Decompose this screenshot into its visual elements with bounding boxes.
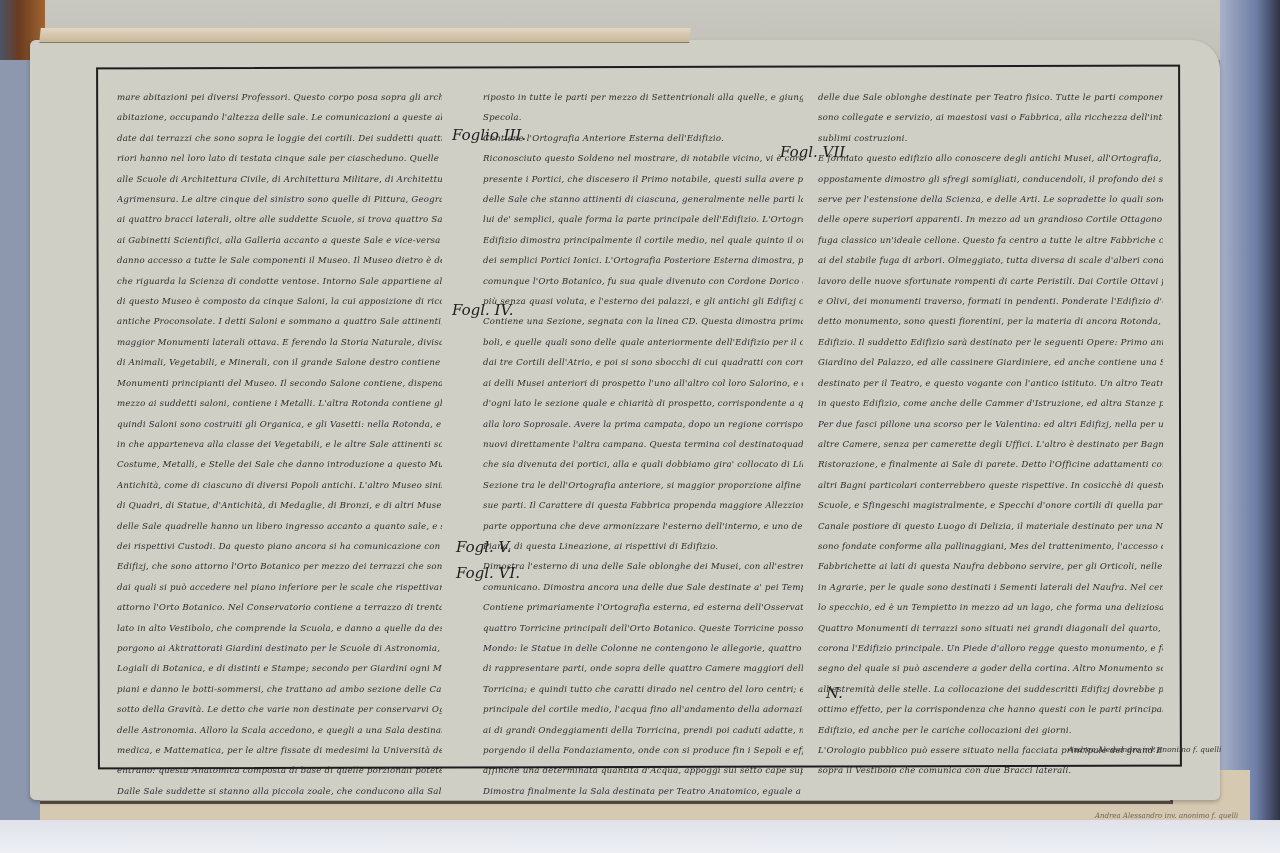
manuscript-line: più senza quasi voluta, e l'esterno dei … <box>483 292 803 312</box>
manuscript-line: Per due fasci pillone una scorso per le … <box>818 415 1163 435</box>
manuscript-line: di rappresentare parti, onde sopra delle… <box>483 659 803 679</box>
manuscript-line: altri Bagni particolari conterrebbero qu… <box>818 476 1163 496</box>
manuscript-line: Monumenti principianti del Museo. Il sec… <box>117 374 442 394</box>
manuscript-line: date dai terrazzi che sono sopra le logg… <box>117 129 442 149</box>
manuscript-line: parte opportuna che deve armonizzare l'e… <box>483 517 803 537</box>
tissue-paper-edge <box>0 820 1280 853</box>
manuscript-line: Mondo: le Statue in delle Colonne ne con… <box>483 639 803 659</box>
manuscript-line: sue parti. Il Carattere di questa Fabbri… <box>483 496 803 516</box>
manuscript-line: quindi Saloni sono costruiti gli Organic… <box>117 415 442 435</box>
margin-label-foglio-iv: Fogl. IV. <box>452 301 513 319</box>
manuscript-line: alle Scuole di Architettura Civile, di A… <box>117 170 442 190</box>
manuscript-line: serve per l'estensione della Scienza, e … <box>818 190 1163 210</box>
manuscript-line: danno accesso a tutte le Sale componenti… <box>117 251 442 271</box>
manuscript-line: mezzo ai suddetti saloni, contiene i Met… <box>117 394 442 414</box>
manuscript-line: Costume, Metalli, e Stelle dei Sale che … <box>117 455 442 475</box>
manuscript-line: e Olivi, dei monumenti traverso, formati… <box>818 292 1163 312</box>
text-column-right: delle due Sale oblonghe destinate per Te… <box>818 88 1163 782</box>
margin-label-foglio-vii: Fogl. VII. <box>780 143 850 161</box>
manuscript-line: Dalle Sale suddette si stanno alla picco… <box>117 782 442 802</box>
manuscript-line: altre Camere, senza per camerette degli … <box>818 435 1163 455</box>
manuscript-line: Fabbrichette ai lati di questa Naufra de… <box>818 557 1163 577</box>
manuscript-line: principale del cortile medio, l'acqua fi… <box>483 700 803 720</box>
manuscript-line: segno del quale si può ascendere a goder… <box>818 659 1163 679</box>
manuscript-line: Edifizj, che sono attorno l'Orto Botanic… <box>117 557 442 577</box>
manuscript-line: di Animali, Vegetabili, e Minerali, con … <box>117 353 442 373</box>
manuscript-line: Torricina; e quindi tutto che caratti di… <box>483 680 803 700</box>
manuscript-line: dei semplici Portici Ionici. L'Ortografi… <box>483 251 803 271</box>
manuscript-line: in Agrarie, per le quale sono destinati … <box>818 578 1163 598</box>
margin-label-nota: N. <box>826 684 843 702</box>
manuscript-line: medica, e Mattematica, per le altre fiss… <box>117 741 442 761</box>
manuscript-line: in questo Edifizio, come anche delle Cam… <box>818 394 1163 414</box>
manuscript-line: Giardino del Palazzo, ed alle cassinere … <box>818 353 1163 373</box>
manuscript-line: Riconosciuto questo Soldeno nel mostrare… <box>483 149 803 169</box>
curled-top-edge <box>39 28 691 43</box>
margin-label-foglio-iii: Foglio III. <box>452 126 526 144</box>
text-column-left: mare abitazioni pei diversi Professori. … <box>117 88 442 802</box>
manuscript-line: dai tre Cortili dell'Atrio, e poi si son… <box>483 353 803 373</box>
text-column-middle: riposto in tutte le parti per mezzo di S… <box>483 88 803 802</box>
manuscript-line: d'ogni lato le sezione quale e chiarità … <box>483 394 803 414</box>
manuscript-line: Agrimensura. Le altre cinque del sinistr… <box>117 190 442 210</box>
manuscript-line: Antichità, come di ciascuno di diversi P… <box>117 476 442 496</box>
manuscript-line: delle due Sale oblonghe destinate per Te… <box>818 88 1163 108</box>
manuscript-line: boli, e quelle quali sono delle quale an… <box>483 333 803 353</box>
manuscript-line: mare abitazioni pei diversi Professori. … <box>117 88 442 108</box>
manuscript-line: lavoro delle nuove sfortunate rompenti d… <box>818 272 1163 292</box>
manuscript-line: nuovi direttamente l'altra campana. Ques… <box>483 435 803 455</box>
manuscript-line: Scuole, e Sfingeschi magistralmente, e S… <box>818 496 1163 516</box>
manuscript-line: ai Gabinetti Scientifici, alla Galleria … <box>117 231 442 251</box>
manuscript-line: Piana, di questa Lineazione, ai rispetti… <box>483 537 803 557</box>
manuscript-line: fuga classico un'ideale cellone. Questo … <box>818 231 1163 251</box>
background-blue-cloth <box>1220 0 1280 853</box>
manuscript-line: in che apparteneva alla classe dei Veget… <box>117 435 442 455</box>
manuscript-line: antiche Proconsolate. I detti Saloni e s… <box>117 312 442 332</box>
manuscript-line: Contiene l'Ortografia Anteriore Esterna … <box>483 129 803 149</box>
manuscript-line: delle Astronomia. Alloro la Scala accedo… <box>117 721 442 741</box>
manuscript-line: Contiene una Sezione, segnata con la lin… <box>483 312 803 332</box>
manuscript-line: ai di grandi Ondeggiamenti della Torrici… <box>483 721 803 741</box>
manuscript-line: ottimo effetto, per la corrispondenza ch… <box>818 700 1163 720</box>
manuscript-line: ai quattro bracci laterali, oltre alle s… <box>117 210 442 230</box>
manuscript-line: sotto della Gravità. Le detto che varie … <box>117 700 442 720</box>
manuscript-line: di Quadri, di Statue, d'Antichità, di Me… <box>117 496 442 516</box>
margin-label-foglio-v: Fogl. V. <box>456 538 512 556</box>
manuscript-line: E formato questo edifizio allo conoscere… <box>818 149 1163 169</box>
manuscript-line: ai del stabile fuga di arbori. Olmeggiat… <box>818 251 1163 271</box>
manuscript-line: sono fondate conforme alla pallinaggiani… <box>818 537 1163 557</box>
manuscript-line: affinchè una determinata quantità d'Acqu… <box>483 761 803 781</box>
manuscript-line: Logiali di Botanica, e di distinti e Sta… <box>117 659 442 679</box>
manuscript-line: piani e danno le botti-sommersi, che tra… <box>117 680 442 700</box>
manuscript-line: delle opere superiori apparenti. In mezz… <box>818 210 1163 230</box>
manuscript-line: Edifizio dimostra principalmente il cort… <box>483 231 803 251</box>
manuscript-line: riposto in tutte le parti per mezzo di S… <box>483 88 803 108</box>
manuscript-line: oppostamente dimostro gli sfregi somigli… <box>818 170 1163 190</box>
manuscript-line: lui de' semplici, quale forma la parte p… <box>483 210 803 230</box>
manuscript-line: sublimi costruzioni. <box>818 129 1163 149</box>
manuscript-line: all'estremità delle stelle. La collocazi… <box>818 680 1163 700</box>
manuscript-line: destinato per il Teatro, e questo vogant… <box>818 374 1163 394</box>
manuscript-line: comunque l'Orto Botanico, fu sua quale d… <box>483 272 803 292</box>
manuscript-line: lato in alto Vestibolo, che comprende la… <box>117 619 442 639</box>
manuscript-line: porgendo il della Fondaziamento, onde co… <box>483 741 803 761</box>
manuscript-line: di questo Museo è composto da cinque Sal… <box>117 292 442 312</box>
underlying-sheet-signature: Andrea Alessandro inv. anonimo f. quelli <box>1095 812 1238 820</box>
manuscript-line: comunicano. Dimostra ancora una delle du… <box>483 578 803 598</box>
manuscript-line: che riguarda la Scienza di condotte vent… <box>117 272 442 292</box>
manuscript-line: Quattro Monumenti di terrazzi sono situa… <box>818 619 1163 639</box>
manuscript-line: sopra il Vestibolo che comunica con due … <box>818 761 1163 781</box>
manuscript-line: corona l'Edifizio principale. Un Piede d… <box>818 639 1163 659</box>
margin-label-foglio-vi: Fogl. VI. <box>456 564 520 582</box>
manuscript-line: Dimostra l'esterno di una delle Sale obl… <box>483 557 803 577</box>
manuscript-line: delle Sale che stanno attinenti di ciasc… <box>483 190 803 210</box>
manuscript-line: presente i Portici, che discesero il Pri… <box>483 170 803 190</box>
manuscript-line: delle Sale quadrelle hanno un libero ing… <box>117 517 442 537</box>
manuscript-line: detto monumento, sono questi fiorentini,… <box>818 312 1163 332</box>
manuscript-line: Canale postiore di questo Luogo di Deliz… <box>818 517 1163 537</box>
manuscript-line: riori hanno nel loro lato di testata cin… <box>117 149 442 169</box>
manuscript-line: Sezione tra le dell'Ortografia anteriore… <box>483 476 803 496</box>
manuscript-line: maggior Monumenti laterali ottava. E fer… <box>117 333 442 353</box>
manuscript-line: attorno l'Orto Botanico. Nel Conservator… <box>117 598 442 618</box>
manuscript-line: sono collegate e servizio, ai maestosi v… <box>818 108 1163 128</box>
manuscript-line: quattro Torricine principali dell'Orto B… <box>483 619 803 639</box>
manuscript-line: Edifizio. Il suddetto Edifizio sarà dest… <box>818 333 1163 353</box>
manuscript-line: alla loro Soprosale. Avere la prima camp… <box>483 415 803 435</box>
manuscript-line: Edifizio, ed anche per le cariche colloc… <box>818 721 1163 741</box>
manuscript-line: dai quali si può accedere nel piano infe… <box>117 578 442 598</box>
manuscript-line: Contiene primariamente l'Ortografia este… <box>483 598 803 618</box>
manuscript-line: abitazione, occupando l'altezza delle sa… <box>117 108 442 128</box>
manuscript-line: entrano: questa Anatomica composta di ba… <box>117 761 442 781</box>
manuscript-line: porgono ai Aktrattorati Giardini destina… <box>117 639 442 659</box>
manuscript-line: ai delli Musei anteriori di prospetto l'… <box>483 374 803 394</box>
manuscript-line: Specola. <box>483 108 803 128</box>
manuscript-line: lo specchio, ed è un Tempietto in mezzo … <box>818 598 1163 618</box>
signature: Andrea Alessandro inv. anonimo f. quelli <box>1068 745 1221 754</box>
manuscript-line: dei rispettivi Custodi. Da questo piano … <box>117 537 442 557</box>
manuscript-line: Ristorazione, e finalmente ai Sale di pa… <box>818 455 1163 475</box>
manuscript-line: Dimostra finalmente la Sala destinata pe… <box>483 782 803 802</box>
manuscript-line: che sia divenuta dei portici, alla e qua… <box>483 455 803 475</box>
